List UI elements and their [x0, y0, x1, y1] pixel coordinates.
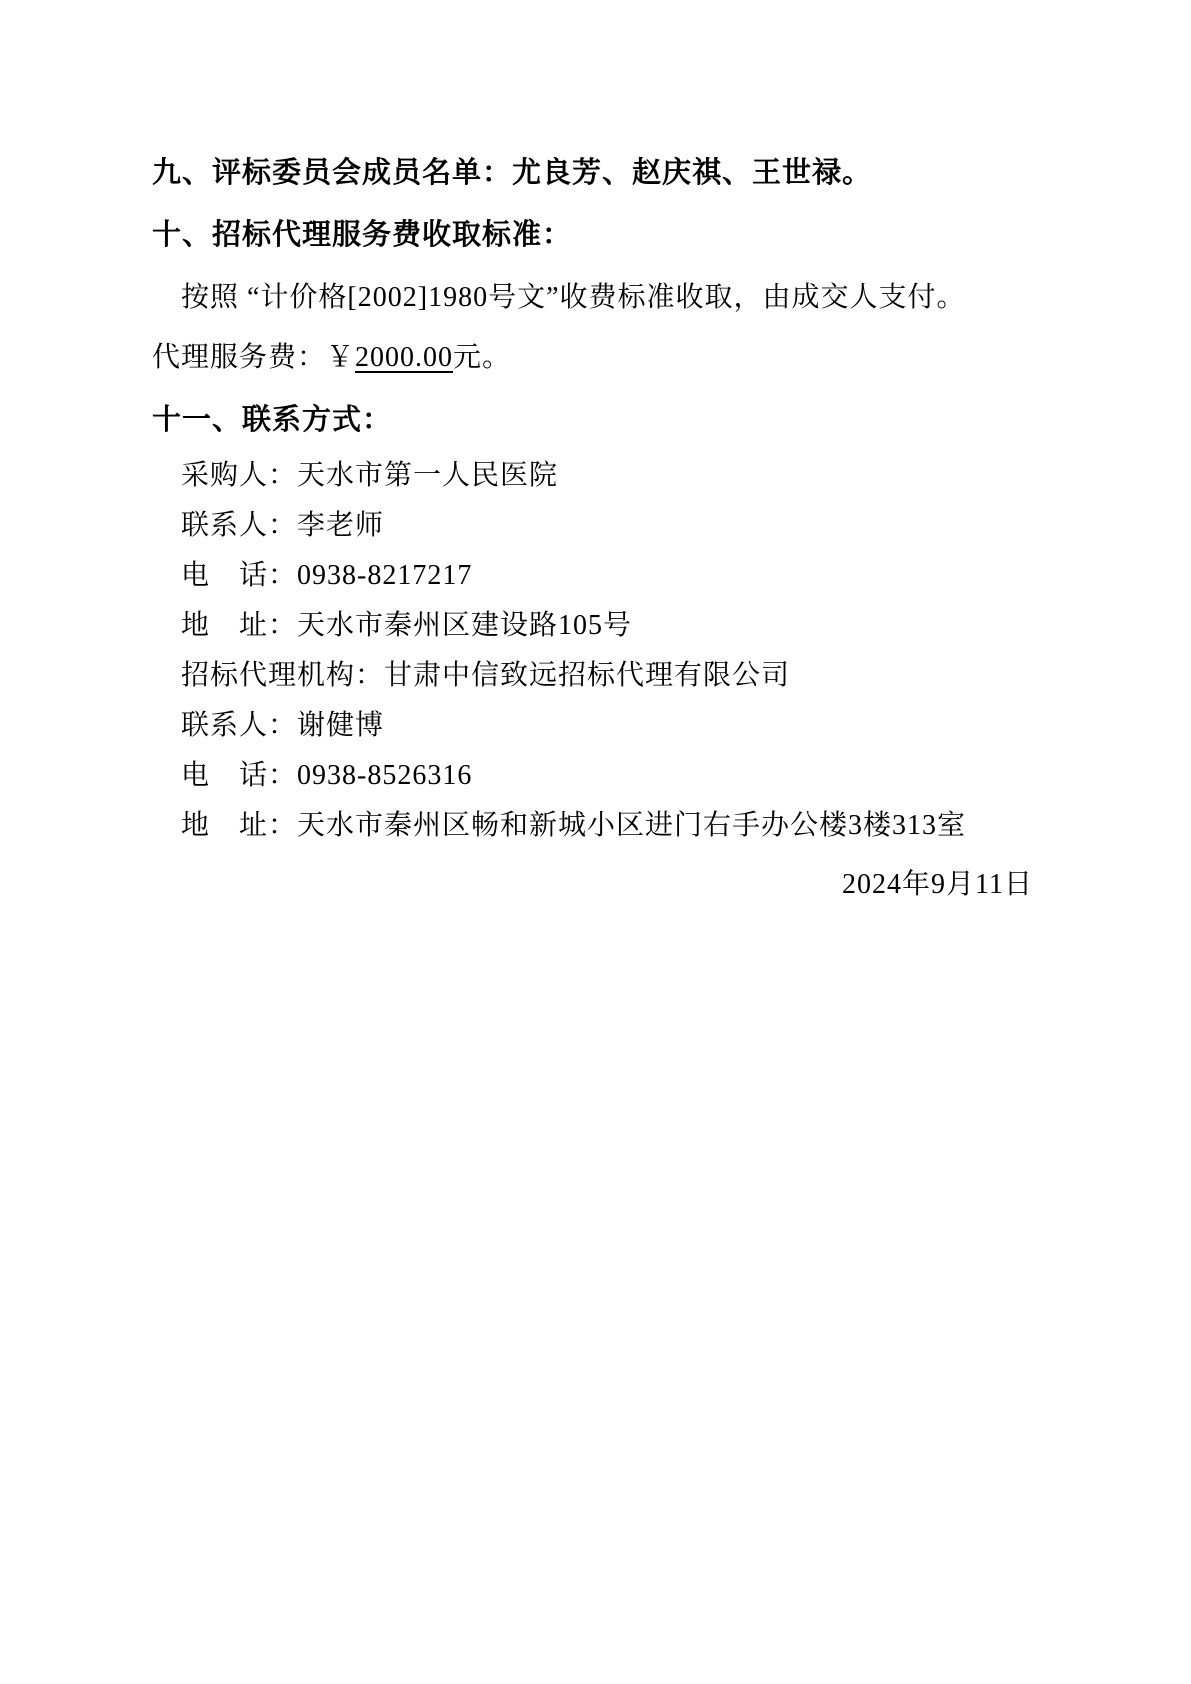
section9-heading: 九、评标委员会成员名单：尤良芳、赵庆祺、王世禄。 — [152, 156, 1033, 190]
contact-person-purchaser: 联系人：李老师 — [152, 509, 1033, 543]
agency-fee-line: 代理服务费：￥2000.00元。 — [152, 341, 1033, 375]
document-page: 九、评标委员会成员名单：尤良芳、赵庆祺、王世禄。 十、招标代理服务费收取标准： … — [0, 0, 1191, 1684]
agency-fee-amount: 2000.00 — [355, 342, 453, 373]
section11-heading: 十一、联系方式： — [152, 403, 1033, 437]
document-content: 九、评标委员会成员名单：尤良芳、赵庆祺、王世禄。 十、招标代理服务费收取标准： … — [152, 0, 1033, 902]
contact-address-agency: 地 址：天水市秦州区畅和新城小区进门右手办公楼3楼313室 — [152, 809, 1033, 843]
document-date: 2024年9月11日 — [152, 868, 1033, 902]
contact-purchaser: 采购人：天水市第一人民医院 — [152, 459, 1033, 493]
contact-phone-agency: 电 话：0938-8526316 — [152, 759, 1033, 793]
contact-person-agency: 联系人：谢健博 — [152, 709, 1033, 743]
section10-heading: 十、招标代理服务费收取标准： — [152, 218, 1033, 252]
contact-address-purchaser: 地 址：天水市秦州区建设路105号 — [152, 609, 1033, 643]
section10-paragraph: 按照 “计价格[2002]1980号文”收费标准收取，由成交人支付。 — [152, 281, 1033, 315]
contact-phone-purchaser: 电 话：0938-8217217 — [152, 559, 1033, 593]
contact-agency: 招标代理机构：甘肃中信致远招标代理有限公司 — [152, 659, 1033, 693]
agency-fee-label: 代理服务费：￥ — [152, 342, 355, 373]
agency-fee-suffix: 元。 — [453, 342, 511, 373]
contact-list: 采购人：天水市第一人民医院 联系人：李老师 电 话：0938-8217217 地… — [152, 459, 1033, 843]
